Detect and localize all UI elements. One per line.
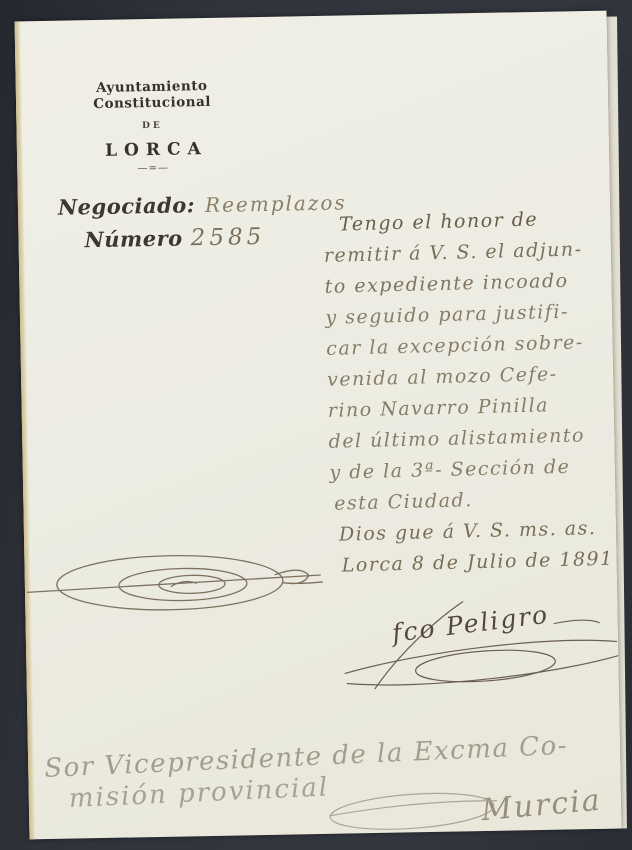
body-line: Lorca 8 de Julio de 1891 (331, 543, 632, 582)
letter-body: Tengo el honor de remitir á V. S. el adj… (323, 202, 632, 582)
letterhead-ornament: —=— (47, 161, 259, 176)
page-left-edge (15, 21, 36, 839)
letterhead-city: LORCA (47, 138, 259, 162)
rubric-flourish (26, 553, 323, 612)
letter-page: Ayuntamiento Constitucional DE LORCA —=—… (15, 11, 622, 840)
numero-row: Número2585 (84, 224, 265, 253)
murcia-flourish (329, 789, 498, 835)
addressee-city: Murcia (480, 783, 603, 828)
scanned-document-page: { "document": { "letterhead": { "municip… (0, 0, 632, 850)
negociado-label: Negociado: (58, 192, 195, 220)
numero-label: Número (84, 225, 183, 252)
signature-name: fco Peligro (390, 600, 550, 648)
negociado-row: Negociado:Reemplazos (58, 189, 347, 219)
letterhead-municipality: Ayuntamiento Constitucional (46, 77, 259, 113)
letterhead-de: DE (46, 119, 258, 133)
numero-value: 2585 (190, 224, 265, 251)
letterhead: Ayuntamiento Constitucional DE LORCA —=— (46, 77, 260, 176)
